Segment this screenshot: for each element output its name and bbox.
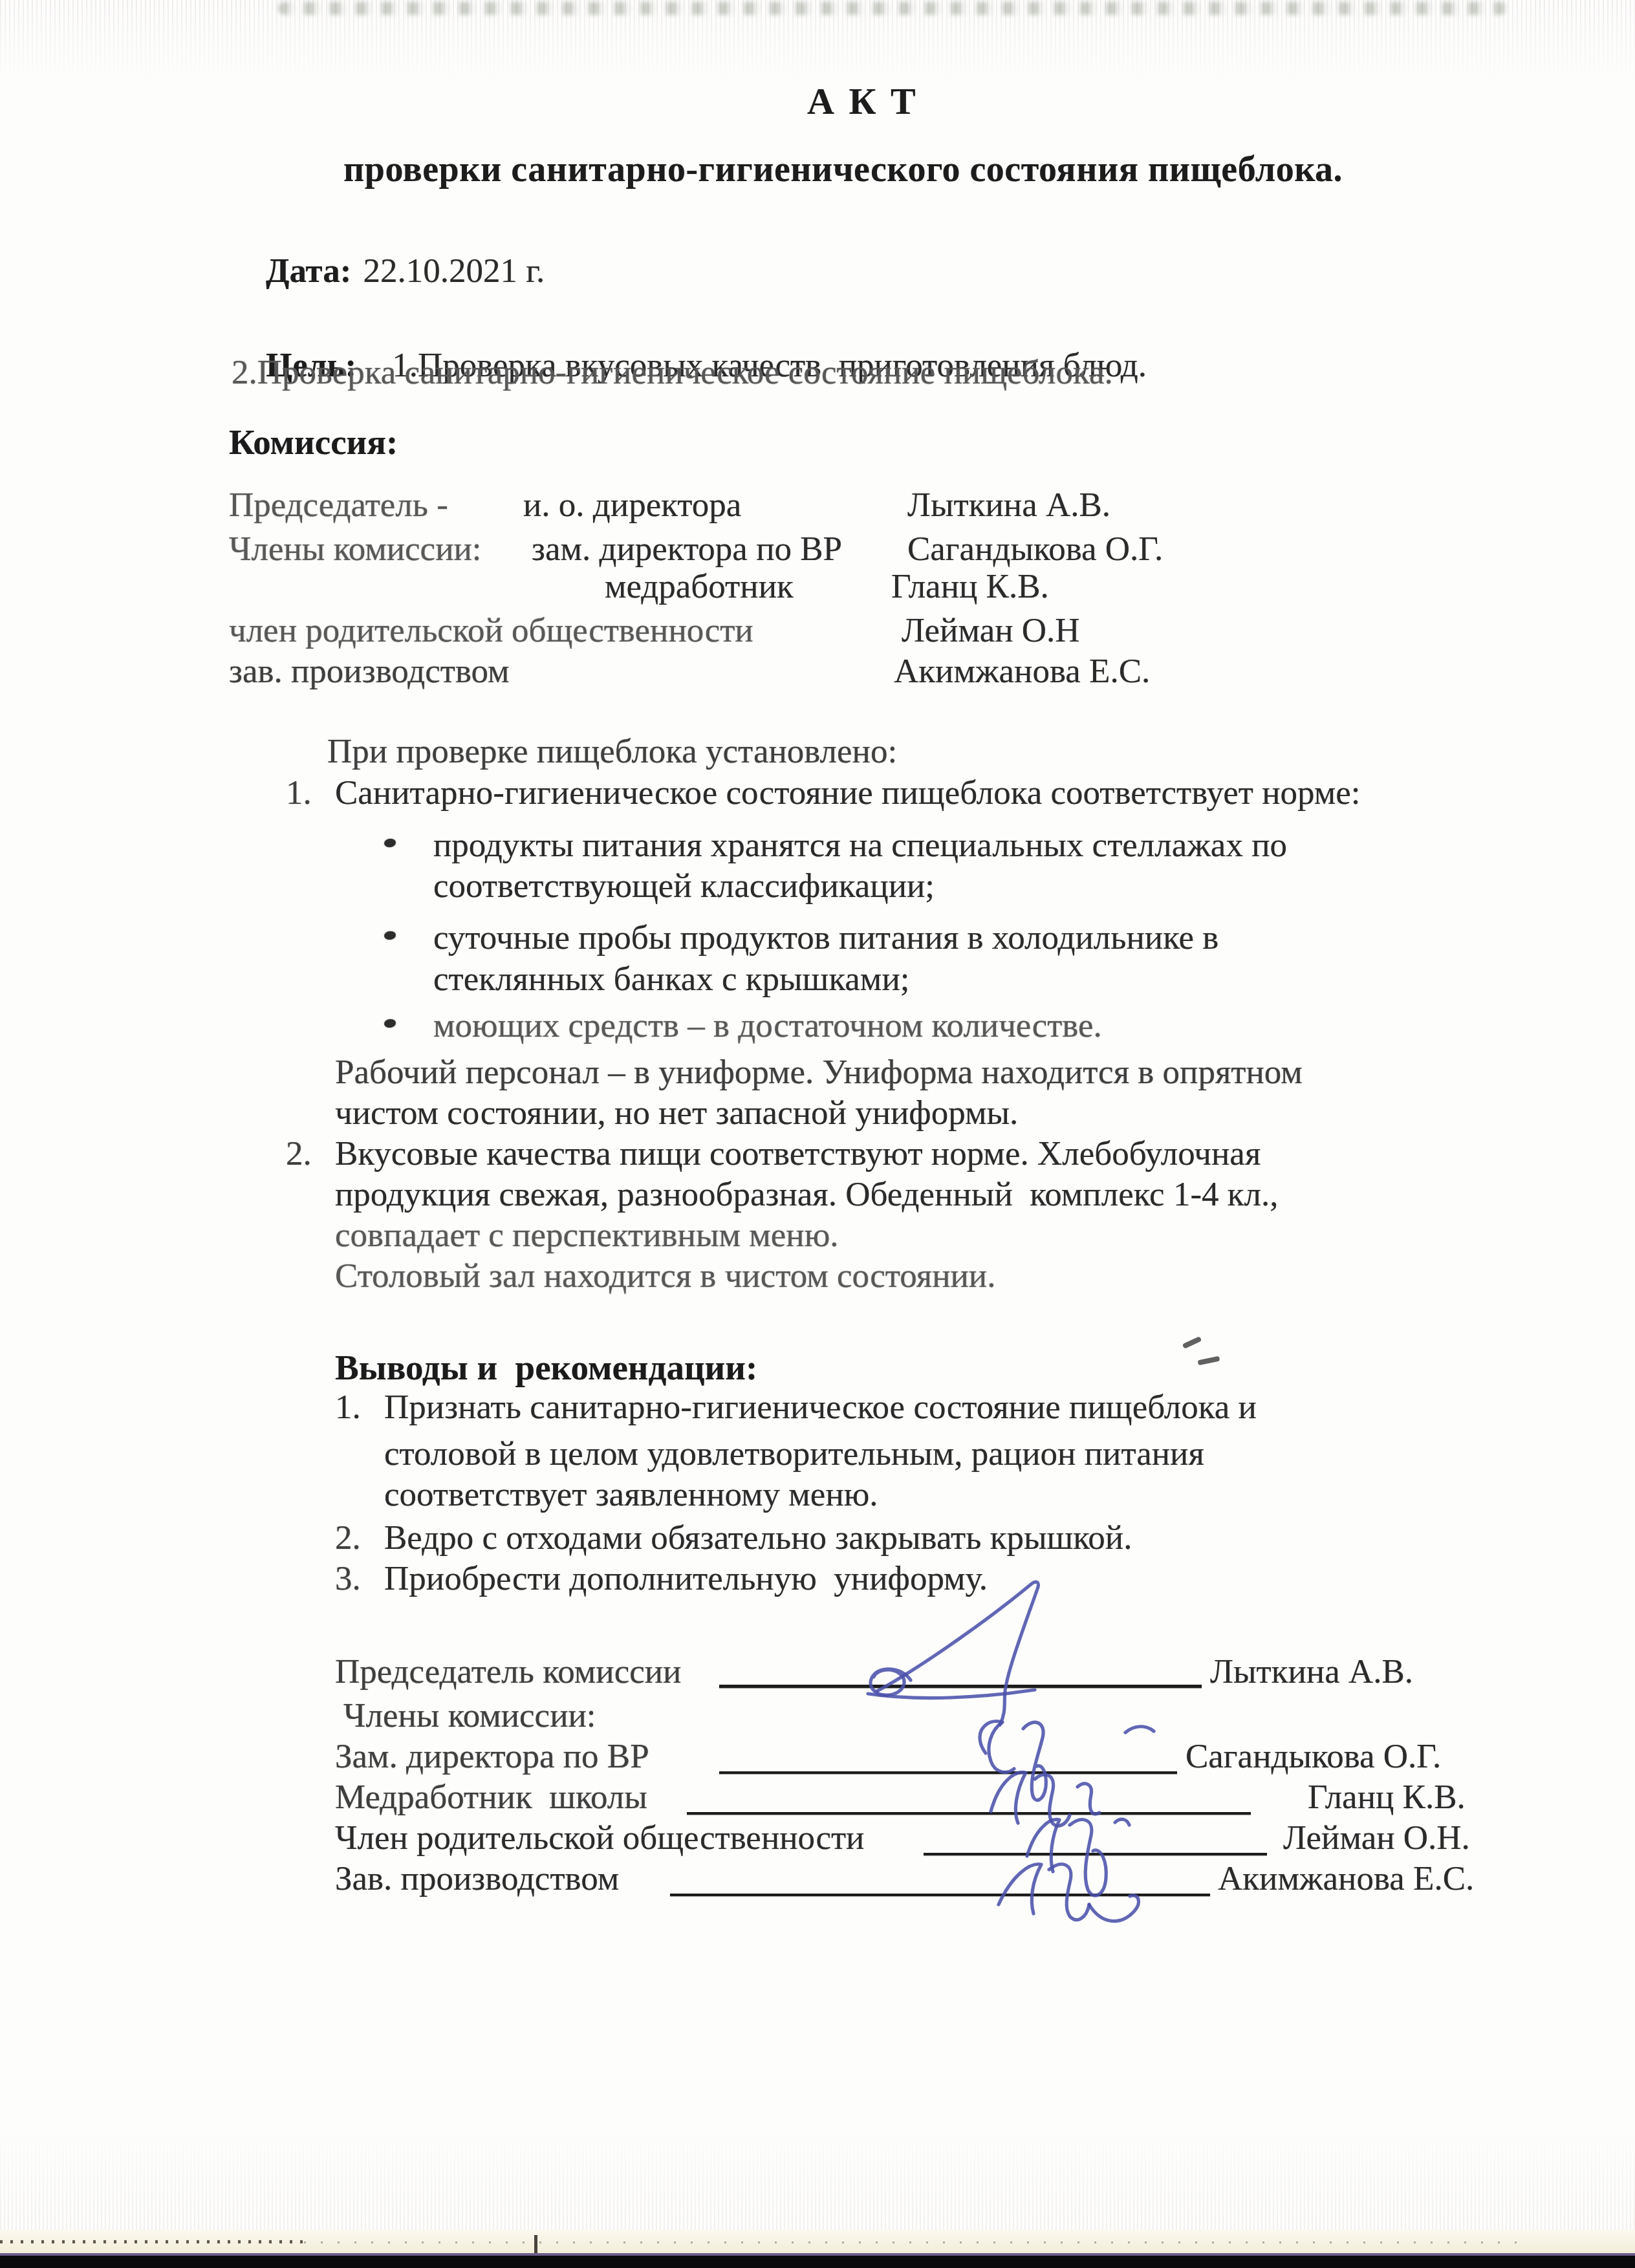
conclusions-item-1-line-2: столовой в целом удовлетворительным, рац… — [384, 1434, 1204, 1474]
bullet-1-line-1: продукты питания хранятся на специальных… — [433, 826, 1287, 865]
commission-role: Члены комиссии: — [229, 530, 482, 569]
list-number: 1. — [286, 773, 312, 813]
conclusions-item-1: 1. Признать санитарно-гигиеническое сост… — [0, 1388, 1635, 1428]
signature-label: Зав. производством — [335, 1859, 619, 1899]
list-number: 1. — [335, 1388, 361, 1427]
doc-title: А К Т — [807, 80, 918, 124]
scan-ghost-text — [278, 2, 1507, 15]
date-value: 22.10.2021 г. — [363, 252, 545, 290]
findings-item-1: 1. Санитарно-гигиеническое состояние пищ… — [0, 773, 1635, 814]
findings-item-1-text: Санитарно-гигиеническое состояние пищебл… — [335, 773, 1361, 813]
commission-name: Сагандыкова О.Г. — [907, 530, 1163, 569]
findings-item-2-line-3: совпадает с перспективным меню. — [335, 1216, 839, 1255]
ink-mark-1 — [1182, 1336, 1202, 1349]
findings-intro: При проверке пищеблока установлено: — [327, 732, 897, 772]
signature-label: Зам. директора по ВР — [335, 1737, 649, 1777]
scan-top-streaks — [0, 0, 1635, 84]
conclusions-item-3: 3. Приобрести дополнительную униформу. — [0, 1559, 1635, 1599]
findings-item-2-line-1: Вкусовые качества пищи соответствуют нор… — [335, 1134, 1261, 1174]
doc-subtitle: проверки санитарно-гигиенического состоя… — [343, 149, 1343, 190]
commission-role: зав. производством — [229, 652, 510, 691]
scan-bottom-streaks — [0, 2121, 1635, 2231]
scan-speckle-line-faint — [304, 2241, 1520, 2243]
bullet-icon — [384, 838, 396, 848]
signature-name: Акимжанова Е.С. — [1218, 1859, 1474, 1899]
bullet-2-line-1: суточные пробы продуктов питания в холод… — [433, 918, 1218, 958]
commission-row: медработник Гланц К.В. — [0, 567, 1635, 607]
commission-name: Лыткина А.В. — [907, 486, 1110, 525]
commission-position: зам. директора по ВР — [532, 530, 842, 569]
commission-position: и. о. директора — [523, 486, 741, 525]
commission-row: Председатель - и. о. директора Лыткина А… — [0, 486, 1635, 526]
commission-name: Гланц К.В. — [891, 567, 1049, 607]
scan-dark-tick — [534, 2235, 537, 2254]
commission-heading: Комиссия: — [229, 422, 398, 462]
conclusions-item-1-line-1: Признать санитарно-гигиеническое состоян… — [384, 1388, 1257, 1427]
signature-row: Член родительской общественности Лейман … — [0, 1819, 1635, 1859]
conclusions-item-2-text: Ведро с отходами обязательно закрывать к… — [384, 1518, 1132, 1558]
commission-position: медработник — [605, 567, 794, 607]
conclusions-item-1-line-3: соответствует заявленному меню. — [384, 1475, 878, 1515]
bullet-1-line-2: соответствующей классификации; — [433, 867, 935, 906]
conclusions-item-2: 2. Ведро с отходами обязательно закрыват… — [0, 1518, 1635, 1559]
bullet-icon — [384, 1019, 396, 1028]
list-number: 2. — [286, 1134, 312, 1174]
signature-name: Сагандыкова О.Г. — [1186, 1737, 1441, 1777]
commission-name: Лейман О.Н — [902, 611, 1080, 651]
scan-purple-edge-line — [0, 2253, 1635, 2256]
signature-label: Член родительской общественности — [335, 1819, 864, 1858]
signature-name: Лейман О.Н. — [1283, 1819, 1470, 1858]
commission-row: зав. производством Акимжанова Е.С. — [0, 652, 1635, 692]
staff-line-2: чистом состоянии, но нет запасной унифор… — [335, 1094, 1018, 1133]
date-label: Дата: — [266, 252, 351, 290]
commission-row: Члены комиссии: зам. директора по ВР Саг… — [0, 530, 1635, 570]
staff-line-1: Рабочий персонал – в униформе. Униформа … — [335, 1053, 1303, 1092]
hall-line: Столовый зал находится в чистом состояни… — [335, 1257, 995, 1296]
scan-black-bar — [0, 2256, 1635, 2268]
conclusions-heading: Выводы и рекомендации: — [335, 1347, 757, 1388]
purpose-line-2: 2.Проверка санитарно-гигиеническое состо… — [232, 353, 1113, 393]
ink-mark-2 — [1198, 1356, 1220, 1366]
list-number: 3. — [335, 1559, 361, 1599]
commission-role: Председатель - — [229, 486, 448, 525]
signature-name: Лыткина А.В. — [1210, 1652, 1413, 1692]
scan-speckle-line-strong — [0, 2240, 304, 2243]
bullet-2-line-2: стеклянных банках с крышками; — [433, 960, 910, 999]
signature-akimzhanova — [970, 1832, 1184, 1936]
bullet-icon — [384, 931, 396, 940]
commission-role: член родительской общественности — [229, 611, 753, 651]
list-number: 2. — [335, 1518, 361, 1558]
scanned-document-page: А К Т проверки санитарно-гигиенического … — [0, 0, 1635, 2268]
signature-name: Гланц К.В. — [1308, 1778, 1466, 1817]
signature-lytkina — [834, 1575, 1093, 1730]
bullet-3-line-1: моющих средств – в достаточном количеств… — [433, 1006, 1102, 1046]
commission-row: член родительской общественности Лейман … — [0, 611, 1635, 651]
signature-label: Медработник школы — [335, 1778, 647, 1817]
commission-name: Акимжанова Е.С. — [894, 652, 1150, 691]
findings-item-2: 2. Вкусовые качества пищи соответствуют … — [0, 1134, 1635, 1174]
members-heading: Члены комиссии: — [343, 1696, 596, 1736]
signature-label: Председатель комиссии — [335, 1652, 681, 1692]
findings-item-2-line-2: продукция свежая, разнообразная. Обеденн… — [335, 1175, 1278, 1215]
